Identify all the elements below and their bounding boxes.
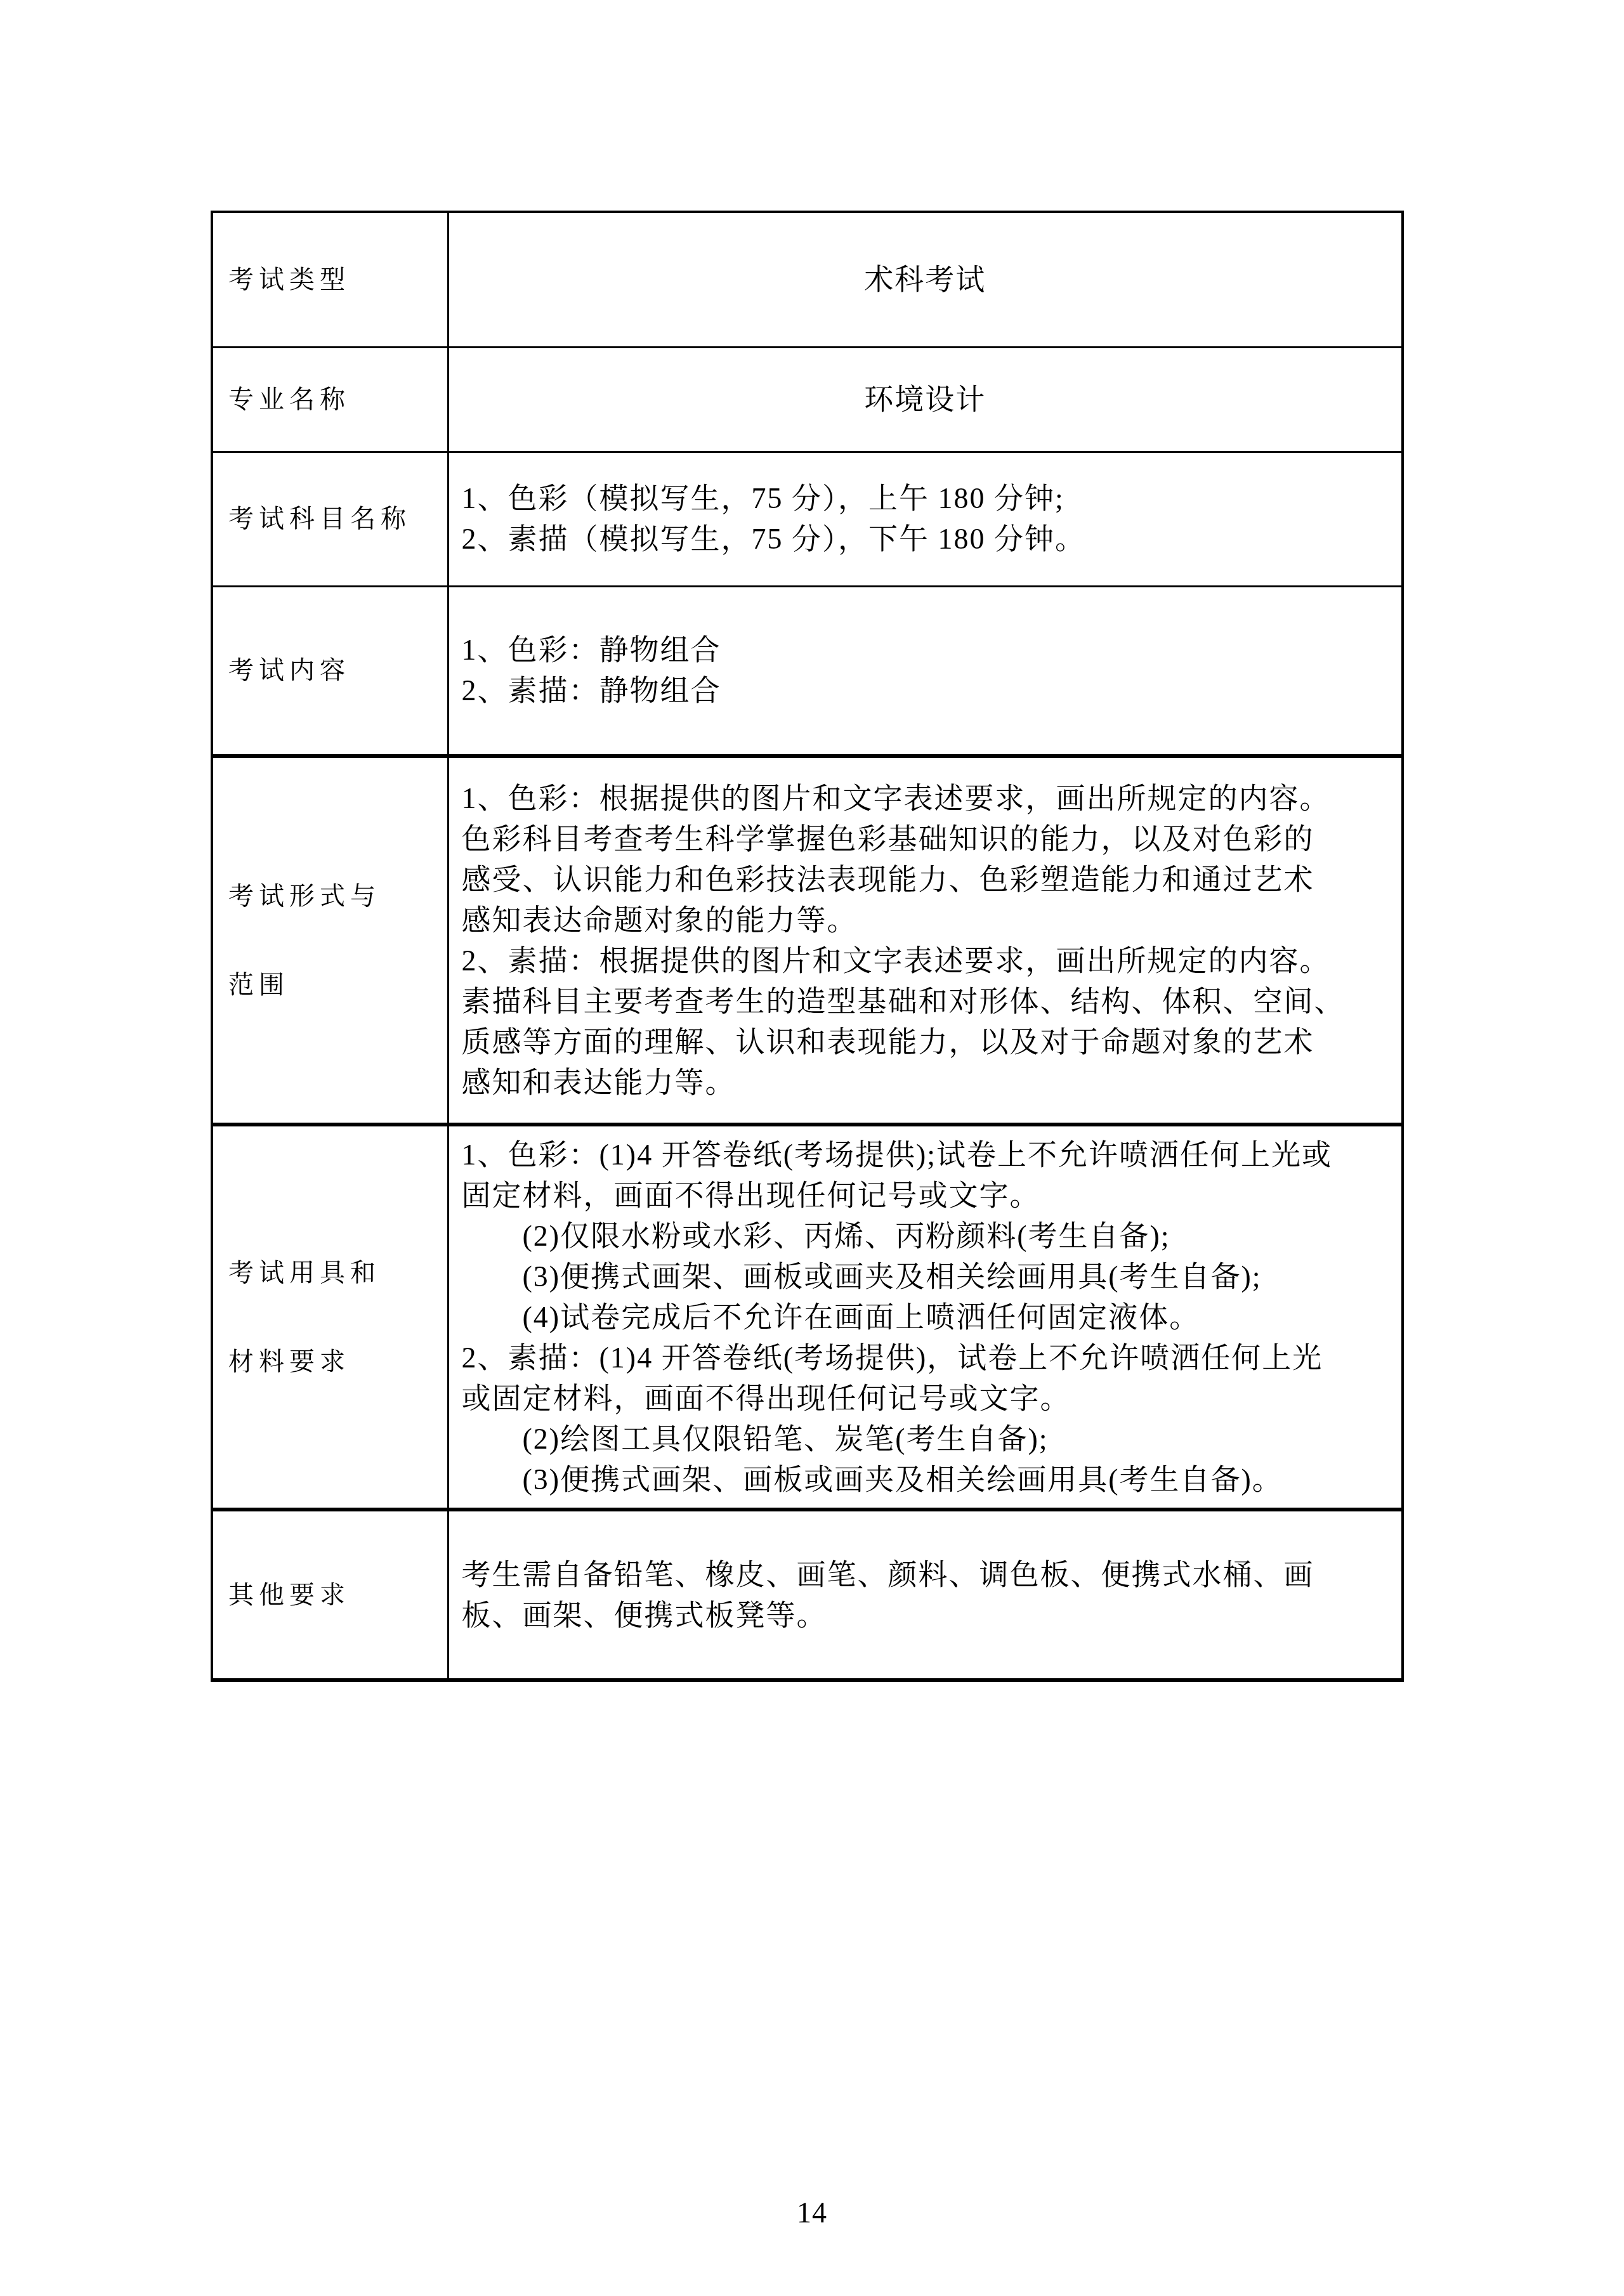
table-row-subject-names: 考试科目名称 1、色彩（模拟写生，75 分），上午 180 分钟; 2、素描（模… xyxy=(212,452,1403,586)
exam-type-value: 术科考试 xyxy=(448,212,1403,347)
other-requirements-label: 其他要求 xyxy=(212,1510,448,1680)
table-row-exam-form-scope: 考试形式与 范围 1、色彩：根据提供的图片和文字表述要求，画出所规定的内容。 色… xyxy=(212,756,1403,1125)
exam-content-label: 考试内容 xyxy=(212,586,448,756)
tools-materials-value: 1、色彩：(1)4 开答卷纸(考场提供);试卷上不允许喷洒任何上光或 固定材料，… xyxy=(448,1125,1403,1510)
major-name-label: 专业名称 xyxy=(212,347,448,452)
table-row-exam-type: 考试类型 术科考试 xyxy=(212,212,1403,347)
table-row-exam-content: 考试内容 1、色彩：静物组合 2、素描：静物组合 xyxy=(212,586,1403,756)
page-number: 14 xyxy=(0,2196,1624,2229)
subject-names-value: 1、色彩（模拟写生，75 分），上午 180 分钟; 2、素描（模拟写生，75 … xyxy=(448,452,1403,586)
table-row-other-requirements: 其他要求 考生需自备铅笔、橡皮、画笔、颜料、调色板、便携式水桶、画 板、画架、便… xyxy=(212,1510,1403,1680)
exam-content-value: 1、色彩：静物组合 2、素描：静物组合 xyxy=(448,586,1403,756)
exam-form-scope-value: 1、色彩：根据提供的图片和文字表述要求，画出所规定的内容。 色彩科目考查考生科学… xyxy=(448,756,1403,1125)
exam-form-scope-label: 考试形式与 范围 xyxy=(212,756,448,1125)
table-row-tools-materials: 考试用具和 材料要求 1、色彩：(1)4 开答卷纸(考场提供);试卷上不允许喷洒… xyxy=(212,1125,1403,1510)
tools-materials-label: 考试用具和 材料要求 xyxy=(212,1125,448,1510)
document-page: 考试类型 术科考试 专业名称 环境设计 考试科目名称 1、色彩（模拟写生，75 … xyxy=(0,0,1624,2296)
exam-info-table: 考试类型 术科考试 专业名称 环境设计 考试科目名称 1、色彩（模拟写生，75 … xyxy=(211,211,1404,1682)
other-requirements-value: 考生需自备铅笔、橡皮、画笔、颜料、调色板、便携式水桶、画 板、画架、便携式板凳等… xyxy=(448,1510,1403,1680)
subject-names-label: 考试科目名称 xyxy=(212,452,448,586)
major-name-value: 环境设计 xyxy=(448,347,1403,452)
table-row-major-name: 专业名称 环境设计 xyxy=(212,347,1403,452)
exam-type-label: 考试类型 xyxy=(212,212,448,347)
